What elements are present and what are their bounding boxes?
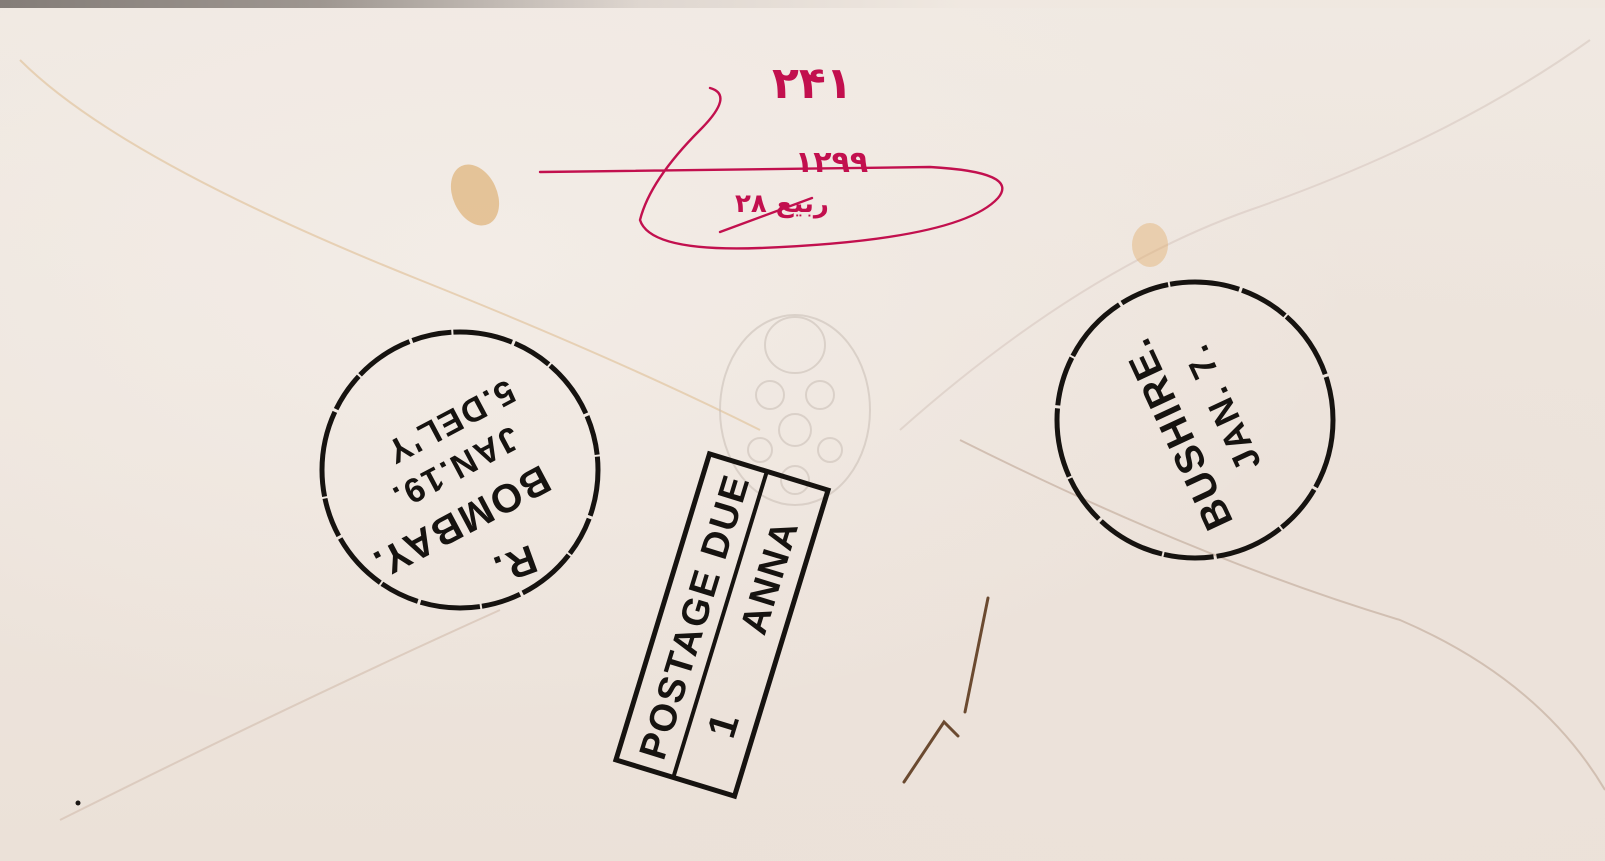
handwritten-year: ۱۲۹۹ [795, 145, 868, 180]
handwritten-date: ۲۸ ربیع [735, 189, 829, 219]
postage-due-amount: 1 [699, 707, 748, 743]
red-handwritten-annotation: ۲۴۱ ۱۲۹۹ ۲۸ ربیع [540, 58, 1002, 248]
embossed-seal [720, 315, 870, 505]
bushire-postmark: BUSHIRE. JAN. 7. [1057, 282, 1333, 558]
postage-due-unit: ANNA [733, 515, 808, 640]
envelope-markings: ۲۴۱ ۱۲۹۹ ۲۸ ربیع R. BOMBAY. JAN.19. 5.DE… [0, 0, 1605, 861]
bombay-postmark: R. BOMBAY. JAN.19. 5.DEL'Y [322, 332, 598, 608]
signature-flourish [540, 88, 1002, 248]
foxing-stains [76, 157, 1169, 806]
handwritten-number-top: ۲۴۱ [772, 58, 853, 109]
pencil-marks [904, 598, 988, 782]
